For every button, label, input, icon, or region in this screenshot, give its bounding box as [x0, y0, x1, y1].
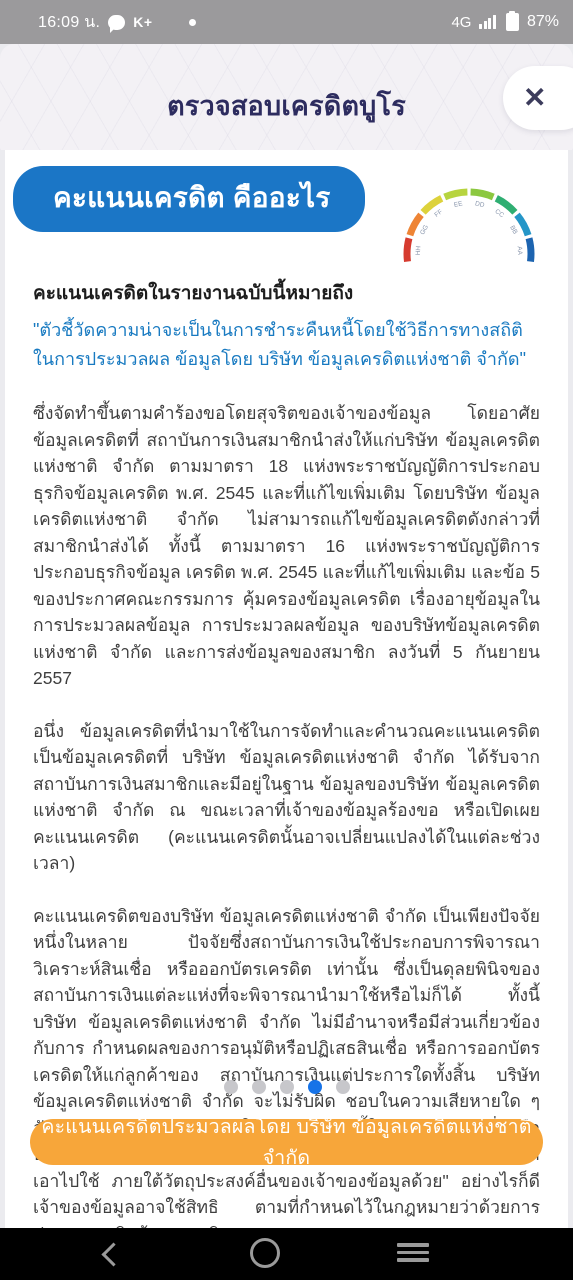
battery-icon: [506, 13, 519, 31]
svg-text:EE: EE: [453, 200, 464, 209]
nav-recents-button[interactable]: [378, 1228, 448, 1280]
notification-dot-icon: [189, 19, 196, 26]
battery-percent: 87%: [527, 13, 559, 31]
recents-icon: [397, 1239, 429, 1266]
svg-text:FF: FF: [433, 208, 444, 218]
credit-score-gauge-icon: HHGGFFEEDDCCBBAA: [394, 184, 544, 270]
paragraph-3: คะแนนเครดิตของบริษัท ข้อมูลเครดิตแห่งชาต…: [33, 903, 540, 1248]
svg-text:HH: HH: [415, 245, 423, 255]
close-button[interactable]: ✕: [503, 66, 573, 130]
pagination-dot[interactable]: [336, 1080, 350, 1094]
pagination-dots[interactable]: [5, 1080, 568, 1094]
section-title-pill: คะแนนเครดิต คืออะไร: [13, 166, 365, 232]
app-screen: 16:09 น. K+ 4G 87% ตรวจสอบเครดิตบูโร ✕ ค…: [0, 0, 573, 1280]
pagination-dot[interactable]: [280, 1080, 294, 1094]
pagination-dot[interactable]: [224, 1080, 238, 1094]
svg-text:BB: BB: [508, 225, 518, 236]
nav-home-button[interactable]: [230, 1228, 300, 1280]
status-bar: 16:09 น. K+ 4G 87%: [0, 0, 573, 44]
message-icon: [108, 15, 125, 30]
pagination-dot[interactable]: [252, 1080, 266, 1094]
paragraph-1: ซึ่งจัดทำขึ้นตามคำร้องขอโดยสุจริตของเจ้า…: [33, 400, 540, 692]
home-icon: [250, 1238, 280, 1268]
paragraph-2: อนึ่ง ข้อมูลเครดิตที่นำมาใช้ในการจัดทำแล…: [33, 718, 540, 877]
content-card: คะแนนเครดิต คืออะไร HHGGFFEEDDCCBBAA คะแ…: [5, 150, 568, 1228]
network-type-label: 4G: [451, 14, 471, 31]
modal-header: ตรวจสอบเครดิตบูโร ✕: [0, 44, 573, 150]
processed-by-button[interactable]: คะแนนเครดิตประมวลผลโดย บริษัท ข้อมูลเครด…: [30, 1119, 543, 1165]
pagination-dot-active[interactable]: [308, 1080, 322, 1094]
svg-text:GG: GG: [419, 224, 430, 236]
svg-text:AA: AA: [516, 246, 524, 256]
android-nav-bar: [0, 1228, 573, 1280]
back-icon: [101, 1242, 125, 1266]
nav-back-button[interactable]: [78, 1228, 148, 1280]
signal-strength-icon: [479, 15, 496, 29]
svg-text:CC: CC: [493, 208, 505, 219]
svg-text:DD: DD: [474, 200, 485, 209]
definition-quote: "ตัวชี้วัดความน่าจะเป็นในการชำระคืนหนี้โ…: [33, 316, 540, 374]
clock: 16:09 น.: [38, 10, 100, 35]
close-icon: ✕: [523, 84, 546, 112]
page-title: ตรวจสอบเครดิตบูโร: [0, 84, 573, 127]
carrier-app-icon: K+: [133, 14, 152, 30]
